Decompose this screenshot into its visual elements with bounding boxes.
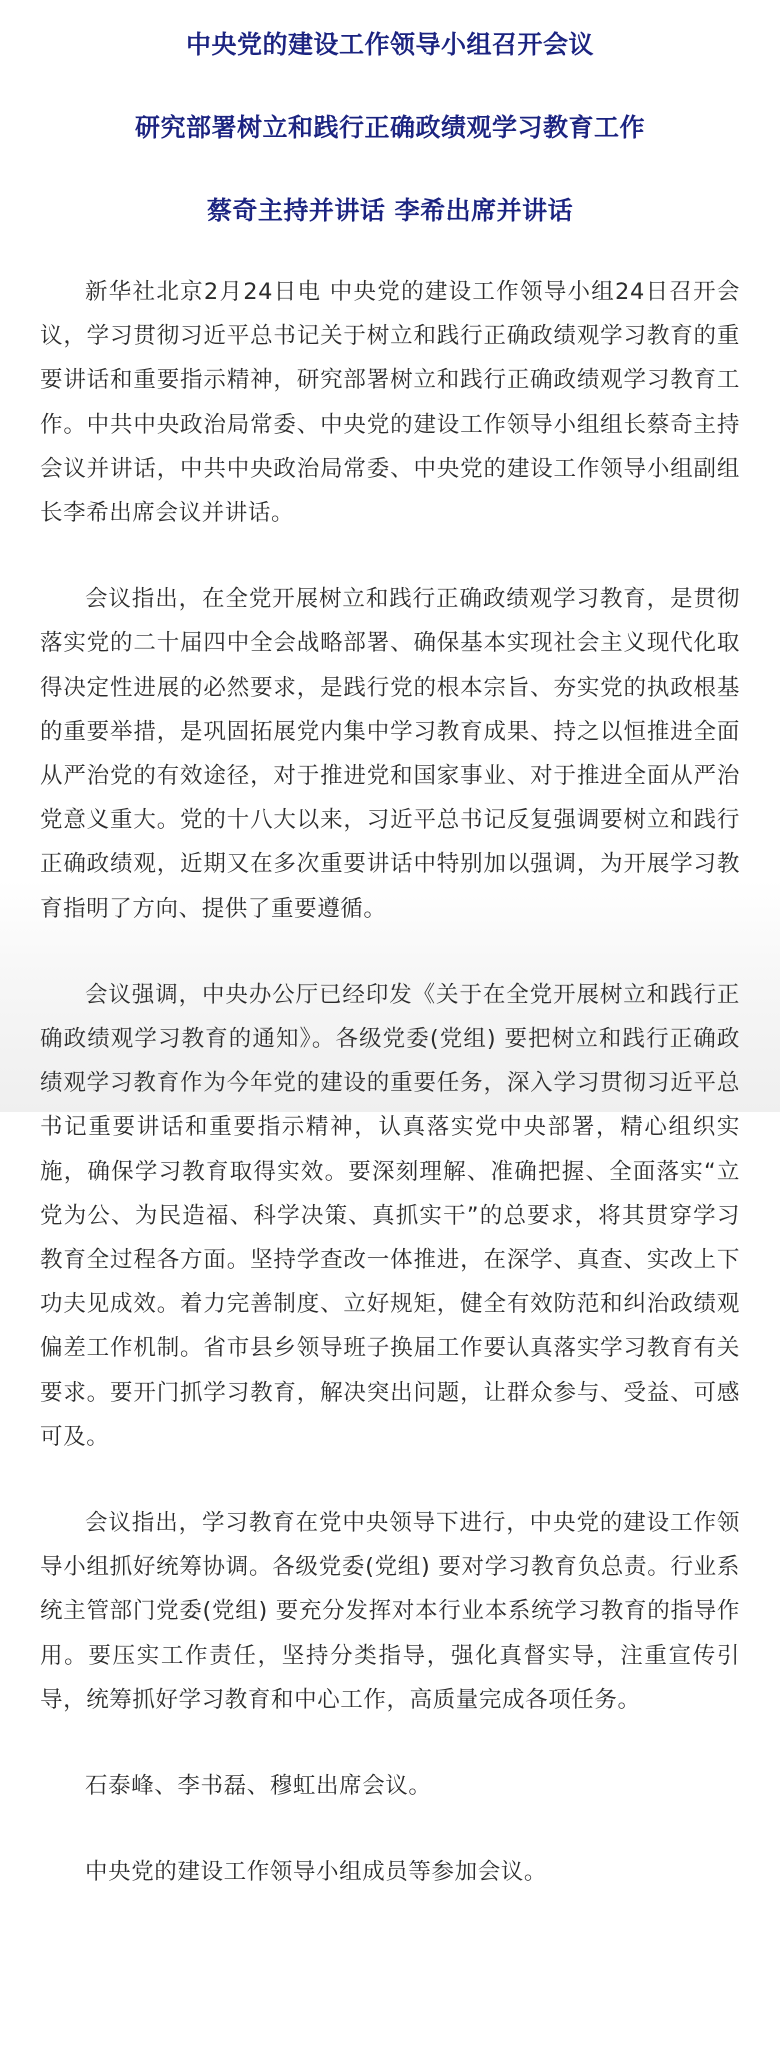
main-title: 中央党的建设工作领导小组召开会议: [0, 28, 780, 62]
paragraph-meeting-emphasized: 会议强调，中央办公厅已经印发《关于在全党开展树立和践行正确政绩观学习教育的通知》…: [40, 973, 740, 1459]
paragraph-meeting-pointed-out: 会议指出，在全党开展树立和践行正确政绩观学习教育，是贯彻落实党的二十届四中全会战…: [40, 577, 740, 931]
paragraph-leadership: 会议指出，学习教育在党中央领导下进行，中央党的建设工作领导小组抓好统筹协调。各级…: [40, 1501, 740, 1722]
article-page: 中央党的建设工作领导小组召开会议 研究部署树立和践行正确政绩观学习教育工作 蔡奇…: [0, 0, 780, 1895]
paragraph-attendees: 石泰峰、李书磊、穆虹出席会议。: [40, 1764, 740, 1808]
paragraph-members: 中央党的建设工作领导小组成员等参加会议。: [40, 1850, 740, 1894]
subtitle-1: 研究部署树立和践行正确政绩观学习教育工作: [0, 111, 780, 145]
paragraph-lead: 新华社北京2月24日电 中央党的建设工作领导小组24日召开会议，学习贯彻习近平总…: [40, 270, 740, 535]
headline-block: 中央党的建设工作领导小组召开会议 研究部署树立和践行正确政绩观学习教育工作 蔡奇…: [0, 0, 780, 228]
subtitle-2: 蔡奇主持并讲话 李希出席并讲话: [0, 194, 780, 228]
article-body: 新华社北京2月24日电 中央党的建设工作领导小组24日召开会议，学习贯彻习近平总…: [0, 270, 780, 1895]
